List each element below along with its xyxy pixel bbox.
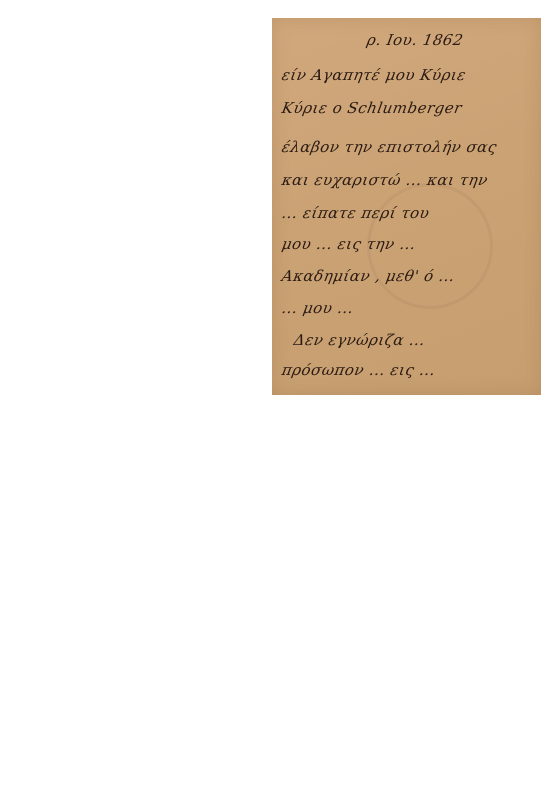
handwritten-line: Ακαδημίαν , μεθ' ό ...	[280, 264, 535, 288]
handwritten-line-schlumberger: Κύριε ο Schlumberger	[280, 96, 535, 120]
handwritten-line: είν Αγαπητέ μου Κύριε	[280, 63, 535, 87]
handwritten-line: μου ... εις την ...	[280, 232, 535, 256]
handwritten-line: ... είπατε περί του	[280, 201, 535, 225]
handwritten-line: Δεν εγνώριζα ...	[292, 328, 535, 352]
handwritten-line: ... μου ...	[280, 296, 535, 320]
handwritten-line: έλαβον την επιστολήν σας	[280, 135, 535, 159]
handwritten-line: πρόσωπον ... εις ...	[280, 358, 535, 382]
letter-page: ρ. Ιου. 1862 είν Αγαπητέ μου Κύριε Κύριε…	[272, 18, 541, 395]
handwritten-line: και ευχαριστώ ... και την	[280, 168, 535, 192]
date-line: ρ. Ιου. 1862	[365, 28, 535, 52]
